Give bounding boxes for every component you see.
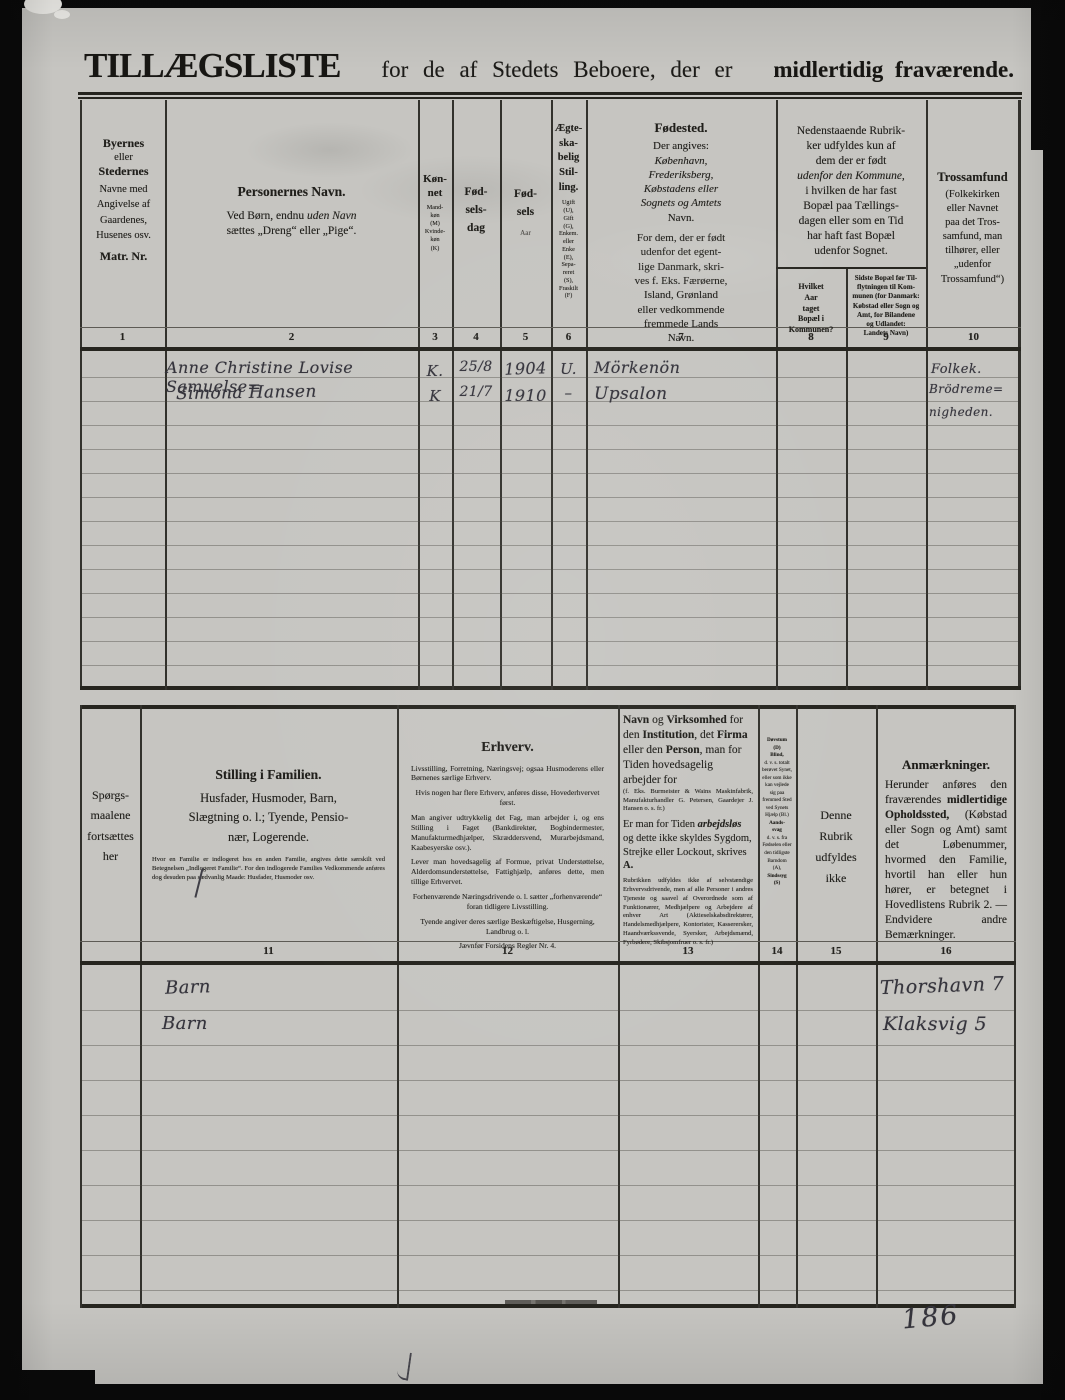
col1-body: Navne med Angivelse af Gaardenes, Husene… — [82, 182, 165, 243]
col12-title: Erhverv. — [397, 739, 618, 757]
col13-p2: Er man for Tiden — [623, 819, 698, 830]
col7-body1a: Der angives: — [586, 139, 776, 153]
col6-header: Ægte- ska- belig Stil- ling. Ugift (U), … — [551, 122, 586, 300]
col14-bold: Aands- svag — [758, 820, 796, 835]
col13-example: (f. Eks. Burmeister & Wains Maskinfabrik… — [623, 788, 753, 815]
col7-title: Fødested. — [586, 120, 776, 136]
col16-title: Anmærkninger. — [876, 757, 1016, 773]
col14-bold: Døvstum (D) Blind, — [758, 737, 796, 760]
printer-imprint — [505, 1300, 597, 1304]
entry-position: Barn — [162, 1013, 208, 1034]
header-bottom-rule — [80, 347, 1021, 351]
lower-table: Spørgs- maalene fortsættes her Stilling … — [80, 705, 1016, 1308]
col12-p1: Livsstilling, Forretning, Næringsvej; og… — [397, 764, 618, 784]
scan-edge-right — [1031, 0, 1065, 150]
stub-text: Spørgs- maalene fortsættes her — [82, 785, 139, 867]
col1-head: Byernes — [82, 136, 165, 151]
col14-bold: Sindssyg (S) — [758, 873, 796, 888]
col7-body1b: København, Frederiksberg, Købstadens ell… — [586, 154, 776, 211]
col2-body2: sættes „Dreng“ eller „Pige“. — [165, 224, 418, 239]
scan-edge-top — [0, 0, 1065, 8]
note-c: i hvilken de har fast Bopæl paa Tællings… — [776, 184, 926, 259]
entry-sex: K — [418, 387, 452, 405]
col4-title: Fød- sels- dag — [452, 184, 500, 237]
col10-header: Trossamfund (Folkekirken eller Navnet pa… — [926, 170, 1019, 287]
paper-blemish — [54, 10, 70, 19]
scan-edge-bottom — [0, 1384, 1065, 1400]
col14-text: d. v. s. totalt berøvet Synet, eller som… — [758, 760, 796, 820]
col11-body: Husfader, Husmoder, Barn, Slægtning o. l… — [140, 789, 397, 847]
entry-name: Simona Hansen — [176, 380, 418, 404]
col7-header: Fødested. Der angives: København, Freder… — [586, 120, 776, 345]
entry-sex: K. — [418, 362, 452, 380]
col11-fine: Hvor en Familie er indlogeret hos en and… — [140, 856, 397, 883]
col8-9-note: Nedenstaaende Rubrik- ker udfyldes kun a… — [776, 124, 926, 258]
col12-p5: Forhenværende Næringsdrivende o. l. sætt… — [397, 892, 618, 912]
col15-header: Denne Rubrik udfyldes ikke — [796, 805, 876, 889]
col-number-2: 2 — [165, 328, 418, 346]
col12-p2: Hvis nogen har flere Erhverv, anføres di… — [397, 788, 618, 808]
upper-table: Byernes eller Stedernes Navne med Angive… — [80, 100, 1021, 690]
col1-mid: eller — [82, 151, 165, 164]
entry-ruled-area — [82, 976, 1014, 1304]
col12-p6: Tyende angiver deres særlige Beskæftigel… — [397, 917, 618, 937]
col7-body1c: Navn. — [586, 211, 776, 225]
entry-birthday: 25/8 — [452, 359, 500, 375]
scan-edge-left — [0, 0, 22, 1400]
entry-birthday: 21/7 — [452, 384, 500, 400]
col-number-13: 13 — [618, 942, 758, 960]
pen-mark — [396, 1351, 412, 1380]
col14-header: Døvstum (D) Blind, d. v. s. totalt berøv… — [758, 737, 796, 888]
entry-birthyear: 1910 — [500, 386, 551, 405]
entry-birthyear: 1904 — [500, 358, 552, 379]
form-title: TILLÆGSLISTE for de af Stedets Beboere, … — [84, 46, 1014, 86]
col13-header: Navn og Virksomhed for den Institution, … — [618, 713, 758, 948]
col-number-3: 3 — [418, 328, 452, 346]
col-number-7: 7 — [586, 328, 776, 346]
entry-remark: Klaksvig 5 — [883, 1013, 987, 1035]
col16-header: Anmærkninger. Herunder anføres den fravæ… — [876, 757, 1016, 943]
col5-title: Fød- sels — [500, 186, 551, 222]
entry-position: Barn — [165, 976, 211, 999]
col11-title: Stilling i Familien. — [140, 767, 397, 784]
entry-denomination: Brödreme= nigheden. — [929, 378, 1003, 425]
col13-fine: Rubrikken udfyldes ikke af selvstændige … — [623, 877, 753, 948]
entry-denomination: Folkek. — [931, 362, 982, 377]
col12-p3: Man angiver udtrykkelig det Fag, man arb… — [397, 813, 618, 852]
col-number-9: 9 — [846, 328, 926, 346]
col13-lead: Navn — [623, 714, 649, 726]
scan-edge-right — [1043, 0, 1065, 1400]
header-bottom-rule — [80, 961, 1016, 965]
entry-status: – — [551, 384, 586, 402]
entry-birthplace: Upsalon — [594, 384, 668, 404]
entry-birthplace: Mörkenön — [594, 358, 680, 377]
form-title-mid: for de af Stedets Beboere, der er — [381, 57, 732, 83]
subheader-divider — [776, 267, 926, 269]
col4-header: Fød- sels- dag — [452, 184, 500, 237]
col2-title: Personernes Navn. — [165, 184, 418, 201]
col1-head: Stedernes — [82, 164, 165, 179]
form-title-end: midlertidig fraværende. — [773, 57, 1014, 83]
col2-body-italic: uden Navn — [307, 210, 357, 222]
col15-text: Denne Rubrik udfyldes ikke — [796, 805, 876, 889]
col-number-15: 15 — [796, 942, 876, 960]
note-a: Nedenstaaende Rubrik- ker udfyldes kun a… — [776, 124, 926, 169]
entry-status: U. — [551, 360, 586, 378]
scan-edge-corner — [0, 1370, 95, 1400]
col10-title: Trossamfund — [926, 170, 1019, 186]
form-title-main: TILLÆGSLISTE — [84, 46, 340, 86]
col-number-10: 10 — [926, 328, 1021, 346]
col11-header: Stilling i Familien. Husfader, Husmoder,… — [140, 767, 397, 883]
col14-text: d. v. s. fra Fødselen eller den tidligst… — [758, 835, 796, 873]
col-number-5: 5 — [500, 328, 551, 346]
col5-sub: Aar — [500, 229, 551, 238]
census-form-scan: TILLÆGSLISTE for de af Stedets Beboere, … — [0, 0, 1065, 1400]
page-number: 186 — [901, 1300, 961, 1336]
col6-sub: Ugift (U), Gift (G), Enkem. eller Enke (… — [551, 199, 586, 300]
col-number-12: 12 — [397, 942, 618, 960]
col3-sub: Mand- køn (M) Kvinde- køn (K) — [418, 204, 452, 253]
col-number-6: 6 — [551, 328, 586, 346]
col-number-14: 14 — [758, 942, 796, 960]
entry-remark: Thorshavn 7 — [880, 973, 1005, 999]
col12-header: Erhverv. Livsstilling, Forretning, Nærin… — [397, 739, 618, 951]
col3-header: Køn- net Mand- køn (M) Kvinde- køn (K) — [418, 172, 452, 253]
col-number-4: 4 — [452, 328, 500, 346]
col2-header: Personernes Navn. Ved Børn, endnu uden N… — [165, 184, 418, 239]
col5-header: Fød- sels Aar — [500, 186, 551, 238]
col-number-16: 16 — [876, 942, 1016, 960]
title-rule-top — [78, 92, 1022, 95]
note-b: udenfor den Kommune, — [776, 169, 926, 184]
col2-body: Ved Børn, endnu — [226, 210, 307, 222]
col-number-11: 11 — [140, 942, 397, 960]
col1-header: Byernes eller Stedernes Navne med Angive… — [82, 136, 165, 264]
col10-body: (Folkekirken eller Navnet paa det Tros- … — [926, 188, 1019, 287]
col12-p4: Lever man hovedsagelig af Formue, privat… — [397, 857, 618, 887]
col6-title: Ægte- ska- belig Stil- ling. — [551, 122, 586, 195]
col-number-1: 1 — [80, 328, 165, 346]
col3-title: Køn- net — [418, 172, 452, 201]
col-number-8: 8 — [776, 328, 846, 346]
title-rule-bottom — [78, 97, 1022, 99]
stub-header: Spørgs- maalene fortsættes her — [82, 785, 139, 867]
col1-matr: Matr. Nr. — [82, 249, 165, 264]
